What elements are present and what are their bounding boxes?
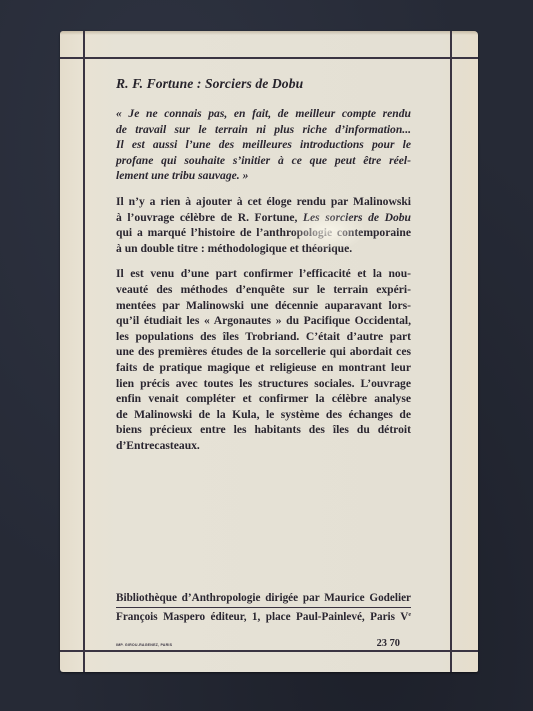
- right-vertical-rule: [450, 31, 452, 672]
- paragraph-line: veauté des méthodes d’enquête sur le ter…: [116, 282, 411, 298]
- quote-line: « Je ne connais pas, en fait, de meilleu…: [116, 106, 411, 122]
- malinowski-quote: « Je ne connais pas, en fait, de meilleu…: [116, 106, 411, 184]
- paragraph-line: qui a marqué l’histoire de l’anthropolog…: [116, 225, 411, 241]
- quote-line: de travail sur le terrain ni plus riche …: [116, 122, 411, 138]
- paragraph-line: Il n’y a rien à ajouter à cet éloge rend…: [116, 194, 411, 210]
- paragraph-line: de Malinowski de la Kula, le système des…: [116, 407, 411, 423]
- quote-line: Il est aussi l’une des meilleures introd…: [116, 137, 411, 153]
- paragraph-line: à un double titre : méthodologique et th…: [116, 241, 411, 257]
- paragraph-line: lien précis avec toutes les structures s…: [116, 376, 411, 392]
- top-horizontal-rule: [60, 57, 478, 59]
- quote-line: lement une tribu sauvage. »: [116, 168, 411, 184]
- price-code: 23 70: [377, 638, 400, 649]
- book-back-cover: R. F. Fortune : Sorciers de Dobu « Je ne…: [60, 31, 478, 672]
- paragraph-line: biens précieux entre les habitants des î…: [116, 422, 411, 438]
- footer-separator: [116, 607, 411, 608]
- paragraph-description: Il est venu d’une part confirmer l’effic…: [116, 266, 411, 453]
- paragraph-line: une des premières études de la sorceller…: [116, 344, 411, 360]
- paragraph-praise: Il n’y a rien à ajouter à cet éloge rend…: [116, 194, 411, 256]
- paragraph-line: mentées par Malinowski une décennie aupa…: [116, 298, 411, 314]
- bottom-horizontal-rule: [60, 650, 478, 652]
- printer-credit: IMP. GIROU-RAGENEZ, PARIS: [116, 643, 172, 647]
- paragraph-line-text: à l’ouvrage célèbre de R. Fortune,: [116, 211, 303, 224]
- paragraph-line: à l’ouvrage célèbre de R. Fortune, Les s…: [116, 210, 411, 226]
- book-title: R. F. Fortune : Sorciers de Dobu: [116, 76, 411, 92]
- paragraph-line: qu’il étudiait les « Argonautes » du Pac…: [116, 313, 411, 329]
- left-vertical-rule: [83, 31, 85, 672]
- quote-line: profane qui souhaite s’initier à ce que …: [116, 153, 411, 169]
- publisher-line: François Maspero éditeur, 1, place Paul-…: [116, 611, 411, 623]
- paragraph-line: enfin venait compléter et confirmer la c…: [116, 391, 411, 407]
- publisher-superscript: e: [408, 612, 411, 618]
- paragraph-line: les populations des îles Trobriand. C’ét…: [116, 329, 411, 345]
- paragraph-line: Il est venu d’une part confirmer l’effic…: [116, 266, 411, 282]
- cover-text-block: R. F. Fortune : Sorciers de Dobu « Je ne…: [116, 76, 411, 463]
- italic-book-title: Les sorciers de Dobu: [303, 211, 411, 224]
- publisher-text: François Maspero éditeur, 1, place Paul-…: [116, 611, 408, 623]
- series-line: Bibliothèque d’Anthropologie dirigée par…: [116, 592, 411, 607]
- publisher-footer: Bibliothèque d’Anthropologie dirigée par…: [116, 592, 411, 623]
- paragraph-line: d’Entrecasteaux.: [116, 438, 411, 454]
- paragraph-line: faits de pratique magique et religieuse …: [116, 360, 411, 376]
